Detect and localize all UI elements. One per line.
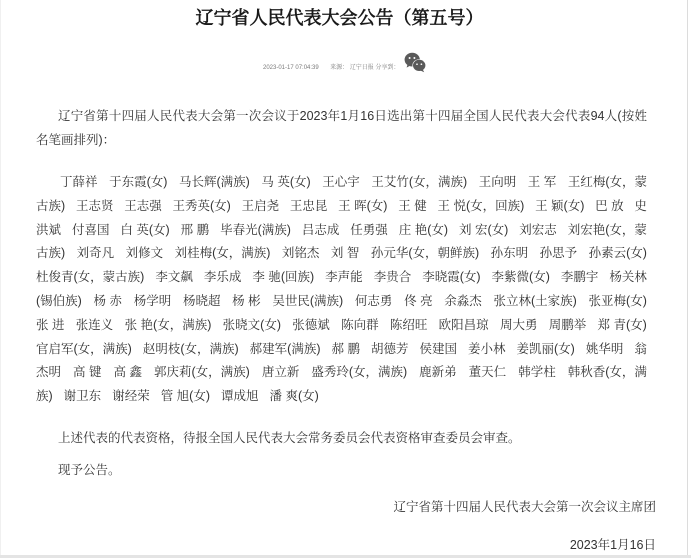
representative-name: 盛秀玲(女，满族) bbox=[311, 361, 407, 385]
representative-name: 何志勇 bbox=[355, 290, 393, 314]
representative-name: 杨晓超 bbox=[183, 290, 221, 314]
representative-name: 巴 放 bbox=[595, 195, 623, 219]
names-line: (锡伯族)杨 赤杨学明杨晓超杨 彬吴世民(满族)何志勇佟 亮余淼杰张立林(土家族… bbox=[36, 290, 647, 314]
representative-name: 张晓文(女) bbox=[223, 314, 281, 338]
representative-name: 王秀英(女) bbox=[173, 195, 231, 219]
representative-name: 王 军 bbox=[528, 171, 556, 195]
representative-name: 庄 艳(女) bbox=[399, 219, 448, 243]
representative-name: 佟 亮 bbox=[404, 290, 432, 314]
names-line: 古族)王志贤王志强王秀英(女)王启尧王忠昆王 晖(女)王 健王 悦(女，回族)王… bbox=[36, 195, 647, 219]
page-title: 辽宁省人民代表大会公告（第五号） bbox=[0, 8, 679, 28]
representative-name: 刘 智 bbox=[331, 242, 359, 266]
representative-name: 马长辉(满族) bbox=[179, 171, 250, 195]
representative-name: 丁薛祥 bbox=[60, 171, 98, 195]
representative-name: 王艾竹(女，满族) bbox=[371, 171, 467, 195]
representative-name: 张 进 bbox=[36, 314, 64, 338]
representative-name: 杨 彬 bbox=[232, 290, 260, 314]
representative-name: 李乐成 bbox=[204, 266, 242, 290]
representative-name: 高 鑫 bbox=[114, 361, 142, 385]
representatives-list: 丁薛祥于东霞(女)马长辉(满族)马 英(女)王心宇王艾竹(女，满族)王向明王 军… bbox=[36, 171, 647, 409]
representative-name: 古族) bbox=[36, 195, 65, 219]
representative-name: 王 健 bbox=[398, 195, 426, 219]
representative-name: 李声能 bbox=[325, 266, 363, 290]
representative-name: 余淼杰 bbox=[444, 290, 482, 314]
names-line: 洪斌付喜国白 英(女)邢 鹏毕春光(满族)吕志成任勇强庄 艳(女)刘 宏(女)刘… bbox=[36, 219, 647, 243]
representative-name: 族) bbox=[36, 385, 53, 409]
qualification-statement: 上述代表的代表资格，待报全国人民代表大会常务委员会代表资格审查委员会审查。 bbox=[36, 426, 647, 450]
representative-name: 邢 鹏 bbox=[181, 219, 209, 243]
representative-name: 王心宇 bbox=[322, 171, 360, 195]
representative-name: 孙思予 bbox=[540, 242, 578, 266]
intro-paragraph: 辽宁省第十四届人民代表大会第一次会议于2023年1月16日选出第十四届全国人民代… bbox=[36, 105, 647, 152]
representative-name: 鹿新弟 bbox=[419, 361, 457, 385]
names-line: 官启军(女，满族)赵明枝(女，满族)郝建军(满族)郝 鹏胡德芳侯建国姜小林姜凯丽… bbox=[36, 338, 647, 362]
representative-name: 刘宏志 bbox=[519, 219, 557, 243]
page-border-left bbox=[0, 0, 1, 556]
representative-name: 张立林(土家族) bbox=[494, 290, 577, 314]
representative-name: (锡伯族) bbox=[36, 290, 82, 314]
representative-name: 孙素云(女) bbox=[589, 242, 647, 266]
representative-name: 付喜国 bbox=[72, 219, 110, 243]
representative-name: 王向明 bbox=[479, 171, 517, 195]
closing-line: 现予公告。 bbox=[36, 458, 647, 482]
representative-name: 李紫微(女) bbox=[492, 266, 550, 290]
announcement-date: 2023年1月16日 bbox=[570, 533, 656, 557]
names-line: 古族)刘奇凡刘修文刘桂梅(女，满族)刘铭杰刘 智孙元华(女，朝鲜族)孙东明孙思予… bbox=[36, 242, 647, 266]
representative-name: 张 艳(女，满族) bbox=[125, 314, 212, 338]
representative-name: 唐立新 bbox=[262, 361, 300, 385]
source-label: 来源： bbox=[330, 65, 348, 71]
representative-name: 李 驰(回族) bbox=[252, 266, 314, 290]
representative-name: 任勇强 bbox=[350, 219, 388, 243]
representative-name: 王启尧 bbox=[242, 195, 280, 219]
names-line: 张 进张连义张 艳(女，满族)张晓文(女)张德斌陈向群陈绍旺欧阳昌琼周大勇周鹏举… bbox=[36, 314, 647, 338]
representative-name: 刘 宏(女) bbox=[459, 219, 508, 243]
representative-name: 郝建军(满族) bbox=[250, 338, 321, 362]
representative-name: 谢卫东 bbox=[64, 385, 102, 409]
representative-name: 陈绍旺 bbox=[390, 314, 428, 338]
publish-datetime: 2023-01-17 07:04:39 bbox=[263, 65, 319, 71]
representative-name: 高 键 bbox=[73, 361, 101, 385]
representative-name: 管 旭(女) bbox=[161, 385, 210, 409]
representative-name: 杰明 bbox=[36, 361, 61, 385]
share-label: 分享到： bbox=[375, 65, 399, 71]
representative-name: 周大勇 bbox=[500, 314, 538, 338]
representative-name: 王 悦(女，回族) bbox=[437, 195, 524, 219]
representative-name: 周鹏举 bbox=[549, 314, 587, 338]
source-name: 辽宁日报 bbox=[350, 65, 374, 71]
representative-name: 李贵合 bbox=[374, 266, 412, 290]
representative-name: 于东霞(女) bbox=[109, 171, 167, 195]
representative-name: 官启军(女，满族) bbox=[36, 338, 132, 362]
representative-name: 赵明枝(女，满族) bbox=[143, 338, 239, 362]
representative-name: 陈向群 bbox=[341, 314, 379, 338]
representative-name: 白 英(女) bbox=[120, 219, 169, 243]
representative-name: 杨学明 bbox=[134, 290, 172, 314]
representative-name: 郭庆莉(女，满族) bbox=[154, 361, 250, 385]
representative-name: 史 bbox=[634, 195, 647, 219]
representative-name: 胡德芳 bbox=[371, 338, 409, 362]
representative-name: 欧阳昌琼 bbox=[439, 314, 489, 338]
representative-name: 韩学柱 bbox=[518, 361, 556, 385]
intro-line: 辽宁省第十四届人民代表大会第一次会议于2023年1月16日选出第十四届全国人民代… bbox=[36, 105, 647, 129]
representative-name: 王志贤 bbox=[76, 195, 114, 219]
representative-name: 谢经荣 bbox=[112, 385, 150, 409]
representative-name: 刘桂梅(女，满族) bbox=[175, 242, 271, 266]
representative-name: 王 颖(女) bbox=[535, 195, 584, 219]
representative-name: 刘修文 bbox=[126, 242, 164, 266]
representative-name: 吕志成 bbox=[302, 219, 340, 243]
representative-name: 张连义 bbox=[76, 314, 114, 338]
representative-name: 李晓霞(女) bbox=[422, 266, 480, 290]
representative-name: 谭成旭 bbox=[221, 385, 259, 409]
names-line: 杜俊青(女，蒙古族)李文飙李乐成李 驰(回族)李声能李贵合李晓霞(女)李紫微(女… bbox=[36, 266, 647, 290]
representative-name: 洪斌 bbox=[36, 219, 61, 243]
announcement-page: 辽宁省人民代表大会公告（第五号） 2023-01-17 07:04:39 来源：… bbox=[0, 0, 691, 558]
representative-name: 王志强 bbox=[124, 195, 162, 219]
representative-name: 吴世民(满族) bbox=[272, 290, 343, 314]
representative-name: 孙元华(女，朝鲜族) bbox=[371, 242, 479, 266]
representative-name: 姜小林 bbox=[468, 338, 506, 362]
representative-name: 刘铭杰 bbox=[282, 242, 320, 266]
wechat-icon[interactable] bbox=[404, 52, 427, 73]
article-meta: 2023-01-17 07:04:39 来源： 辽宁日报 分享到： bbox=[263, 62, 399, 74]
representative-name: 姚华明 bbox=[586, 338, 624, 362]
page-border-right bbox=[687, 0, 688, 556]
representative-name: 潘 爽(女) bbox=[270, 385, 319, 409]
representative-name: 郑 青(女) bbox=[598, 314, 647, 338]
representative-name: 董天仁 bbox=[469, 361, 507, 385]
representative-name: 古族) bbox=[36, 242, 65, 266]
representative-name: 孙东明 bbox=[491, 242, 529, 266]
representative-name: 马 英(女) bbox=[261, 171, 310, 195]
representative-name: 韩秋香(女，满 bbox=[568, 361, 647, 385]
representative-name: 杨 赤 bbox=[94, 290, 122, 314]
representative-name: 王红梅(女，蒙 bbox=[568, 171, 647, 195]
representative-name: 王 晖(女) bbox=[338, 195, 387, 219]
representative-name: 杜俊青(女，蒙古族) bbox=[36, 266, 144, 290]
intro-line: 名笔画排列)： bbox=[36, 129, 647, 153]
representative-name: 毕春光(满族) bbox=[220, 219, 291, 243]
representative-name: 张德斌 bbox=[292, 314, 330, 338]
representative-name: 侯建国 bbox=[419, 338, 457, 362]
representative-name: 刘奇凡 bbox=[77, 242, 115, 266]
representative-name: 张亚梅(女) bbox=[589, 290, 647, 314]
representative-name: 李鹏宇 bbox=[561, 266, 599, 290]
representative-name: 王忠昆 bbox=[290, 195, 328, 219]
representative-name: 李文飙 bbox=[155, 266, 193, 290]
representative-name: 杨关林 bbox=[609, 266, 647, 290]
signature: 辽宁省第十四届人民代表大会第一次会议主席团 bbox=[393, 495, 656, 519]
representative-name: 翁 bbox=[634, 338, 647, 362]
names-line: 丁薛祥于东霞(女)马长辉(满族)马 英(女)王心宇王艾竹(女，满族)王向明王 军… bbox=[36, 171, 647, 195]
representative-name: 刘宏艳(女，蒙 bbox=[568, 219, 647, 243]
representative-name: 郝 鹏 bbox=[331, 338, 359, 362]
names-line: 杰明高 键高 鑫郭庆莉(女，满族)唐立新盛秀玲(女，满族)鹿新弟董天仁韩学柱韩秋… bbox=[36, 361, 647, 385]
representative-name: 姜凯丽(女) bbox=[517, 338, 575, 362]
names-line: 族)谢卫东谢经荣管 旭(女)谭成旭潘 爽(女) bbox=[36, 385, 647, 409]
